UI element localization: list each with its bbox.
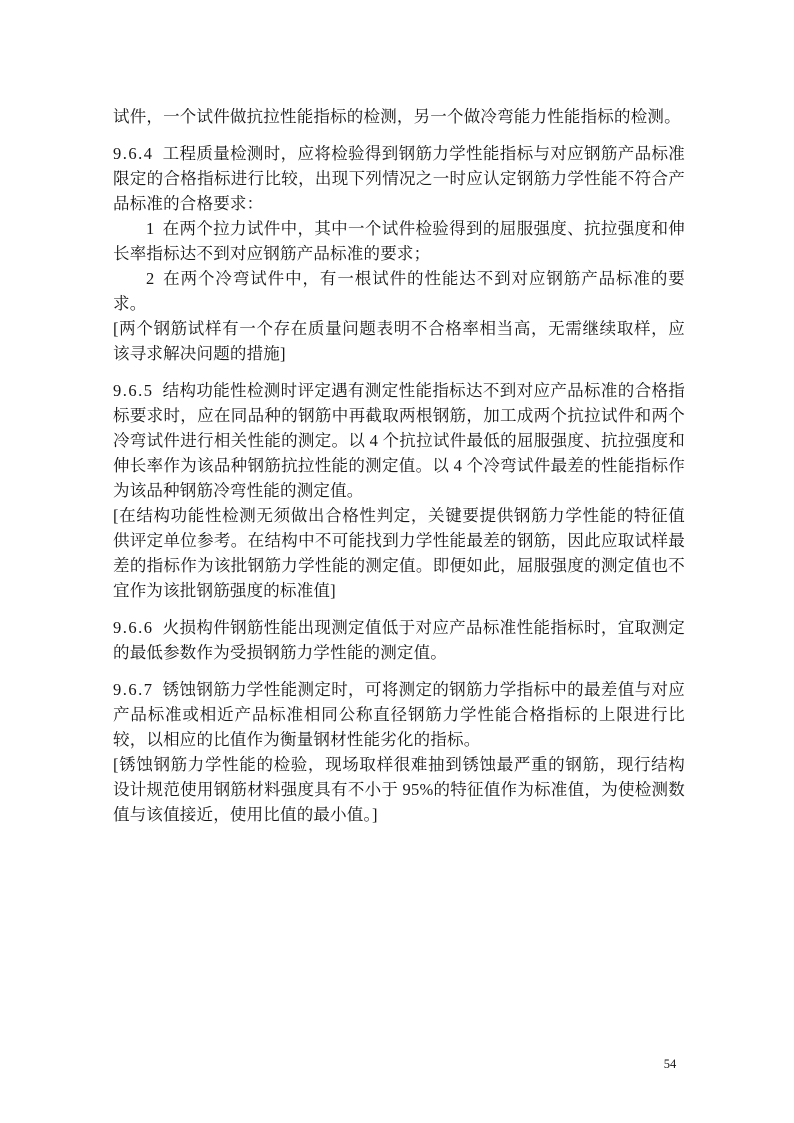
text-block: 试件，一个试件做抗拉性能指标的检测，另一个做冷弯能力性能指标的检测。 9.6.4…	[113, 104, 685, 827]
page-number: 54	[655, 1055, 685, 1073]
clause-text: 锈蚀钢筋力学性能测定时，可将测定的钢筋力学指标中的最差值与对应产品标准或相近产品…	[113, 680, 685, 749]
paragraph-continuation: 试件，一个试件做抗拉性能指标的检测，另一个做冷弯能力性能指标的检测。	[113, 104, 685, 129]
clause-9-6-5: 9.6.5结构功能性检测时评定遇有测定性能指标达不到对应产品标准的合格指标要求时…	[113, 378, 685, 503]
bracketed-note: [两个钢筋试样有一个存在质量问题表明不合格率相当高，无需继续取样，应该寻求解决问…	[113, 316, 685, 366]
clause-number: 9.6.4	[113, 144, 154, 163]
clause-text: 工程质量检测时，应将检验得到钢筋力学性能指标与对应钢筋产品标准限定的合格指标进行…	[113, 144, 685, 213]
item-number: 1	[146, 219, 154, 238]
bracketed-note: [在结构功能性检测无须做出合格性判定，关键要提供钢筋力学性能的特征值供评定单位参…	[113, 503, 685, 603]
clause-number: 9.6.5	[113, 381, 154, 400]
clause-9-6-4: 9.6.4工程质量检测时，应将检验得到钢筋力学性能指标与对应钢筋产品标准限定的合…	[113, 141, 685, 216]
clause-number: 9.6.6	[113, 618, 154, 637]
item-number: 2	[146, 269, 154, 288]
clause-9-6-7: 9.6.7锈蚀钢筋力学性能测定时，可将测定的钢筋力学指标中的最差值与对应产品标准…	[113, 677, 685, 752]
clause-9-6-6: 9.6.6火损构件钢筋性能出现测定值低于对应产品标准性能指标时，宜取测定的最低参…	[113, 615, 685, 665]
list-item-1: 1在两个拉力试件中，其中一个试件检验得到的屈服强度、抗拉强度和伸长率指标达不到对…	[113, 216, 685, 266]
clause-text: 结构功能性检测时评定遇有测定性能指标达不到对应产品标准的合格指标要求时，应在同品…	[113, 381, 685, 500]
item-text: 在两个拉力试件中，其中一个试件检验得到的屈服强度、抗拉强度和伸长率指标达不到对应…	[113, 219, 685, 263]
item-text: 在两个冷弯试件中，有一根试件的性能达不到对应钢筋产品标准的要求。	[113, 269, 685, 313]
list-item-2: 2在两个冷弯试件中，有一根试件的性能达不到对应钢筋产品标准的要求。	[113, 266, 685, 316]
bracketed-note: [锈蚀钢筋力学性能的检验，现场取样很难抽到锈蚀最严重的钢筋，现行结构设计规范使用…	[113, 752, 685, 827]
document-page: 试件，一个试件做抗拉性能指标的检测，另一个做冷弯能力性能指标的检测。 9.6.4…	[0, 0, 794, 1123]
clause-text: 火损构件钢筋性能出现测定值低于对应产品标准性能指标时，宜取测定的最低参数作为受损…	[113, 618, 685, 662]
clause-number: 9.6.7	[113, 680, 154, 699]
